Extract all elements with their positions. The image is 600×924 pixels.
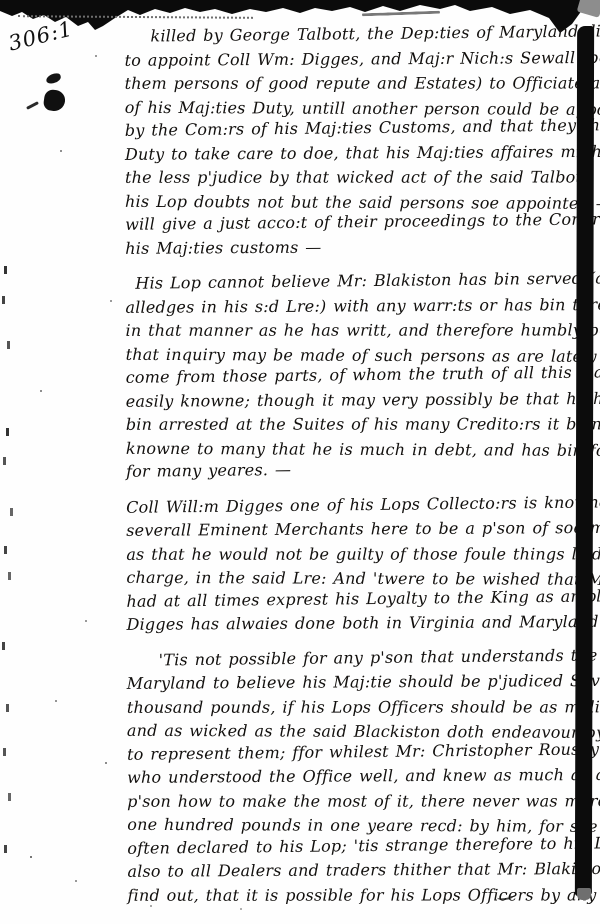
manuscript-line: Digges has alwaies done both in Virginia…	[126, 610, 596, 636]
manuscript-line: them persons of good repute and Estates)…	[125, 71, 595, 95]
manuscript-line: to represent them; ffor whilest Mr: Chri…	[127, 737, 597, 766]
manuscript-line: Coll Will:m Digges one of his Lops Colle…	[126, 490, 596, 519]
ink-blot	[45, 72, 62, 85]
manuscript-paragraph: killed by George Talbott, the Dep:ties o…	[124, 23, 595, 260]
manuscript-line: Duty to take care to doe, that his Maj:t…	[125, 139, 595, 165]
manuscript-text: killed by George Talbott, the Dep:ties o…	[124, 23, 597, 907]
manuscript-line: as that he would not be guilty of those …	[126, 542, 596, 566]
manuscript-paragraph: Coll Will:m Digges one of his Lops Colle…	[126, 494, 596, 637]
manuscript-line: for many yeares. —	[126, 454, 596, 483]
manuscript-line: bin arrested at the Suites of his many C…	[126, 412, 596, 436]
manuscript-line: will give a just acco:t of their proceed…	[125, 207, 595, 236]
manuscript-line: thousand pounds, if his Lops Officers sh…	[127, 695, 597, 719]
manuscript-page: 306:1 killed by George Talbott, the Dep:…	[0, 0, 600, 924]
manuscript-line: His Lop cannot believe Mr: Blakiston has…	[125, 266, 595, 295]
manuscript-line: often declared to his Lop; 'tis strange …	[127, 831, 597, 860]
manuscript-line: come from those parts, of whom the truth…	[126, 360, 596, 389]
manuscript-line: alledges in his s:d Lre:) with any warr:…	[125, 292, 595, 318]
manuscript-line: find out, that it is possible for his Lo…	[127, 883, 597, 907]
manuscript-line: 'Tis not possible for any p'son that und…	[127, 643, 597, 672]
manuscript-line: Maryland to believe his Maj:tie should b…	[127, 669, 597, 695]
ink-blot	[43, 89, 67, 113]
manuscript-paragraph: 'Tis not possible for any p'son that und…	[127, 647, 598, 907]
manuscript-line: who understood the Office well, and knew…	[127, 763, 597, 789]
manuscript-line: by the Com:rs of his Maj:ties Customs, a…	[125, 113, 595, 142]
manuscript-line: severall Eminent Merchants here to be a …	[126, 516, 596, 542]
manuscript-line: p'son how to make the most of it, there …	[127, 789, 597, 813]
binding-shadow-bar	[575, 26, 594, 896]
manuscript-line: killed by George Talbott, the Dep:ties o…	[124, 19, 594, 48]
manuscript-line: the less p'judice by that wicked act of …	[125, 165, 595, 189]
manuscript-line: his Maj:ties customs —	[125, 233, 595, 259]
manuscript-line: to appoint Coll Wm: Digges, and Maj:r Ni…	[125, 45, 595, 71]
manuscript-line: in that manner as he has writt, and ther…	[126, 318, 596, 342]
binding-bar-tip	[577, 888, 591, 900]
manuscript-paragraph: His Lop cannot believe Mr: Blakiston has…	[125, 270, 596, 483]
manuscript-line: easily knowne; though it may very possib…	[126, 386, 596, 412]
manuscript-line: had at all times exprest his Loyalty to …	[126, 584, 596, 613]
scan-noise	[0, 0, 2, 2]
manuscript-line: also to all Dealers and traders thither …	[127, 857, 597, 883]
ink-dash	[26, 101, 39, 110]
